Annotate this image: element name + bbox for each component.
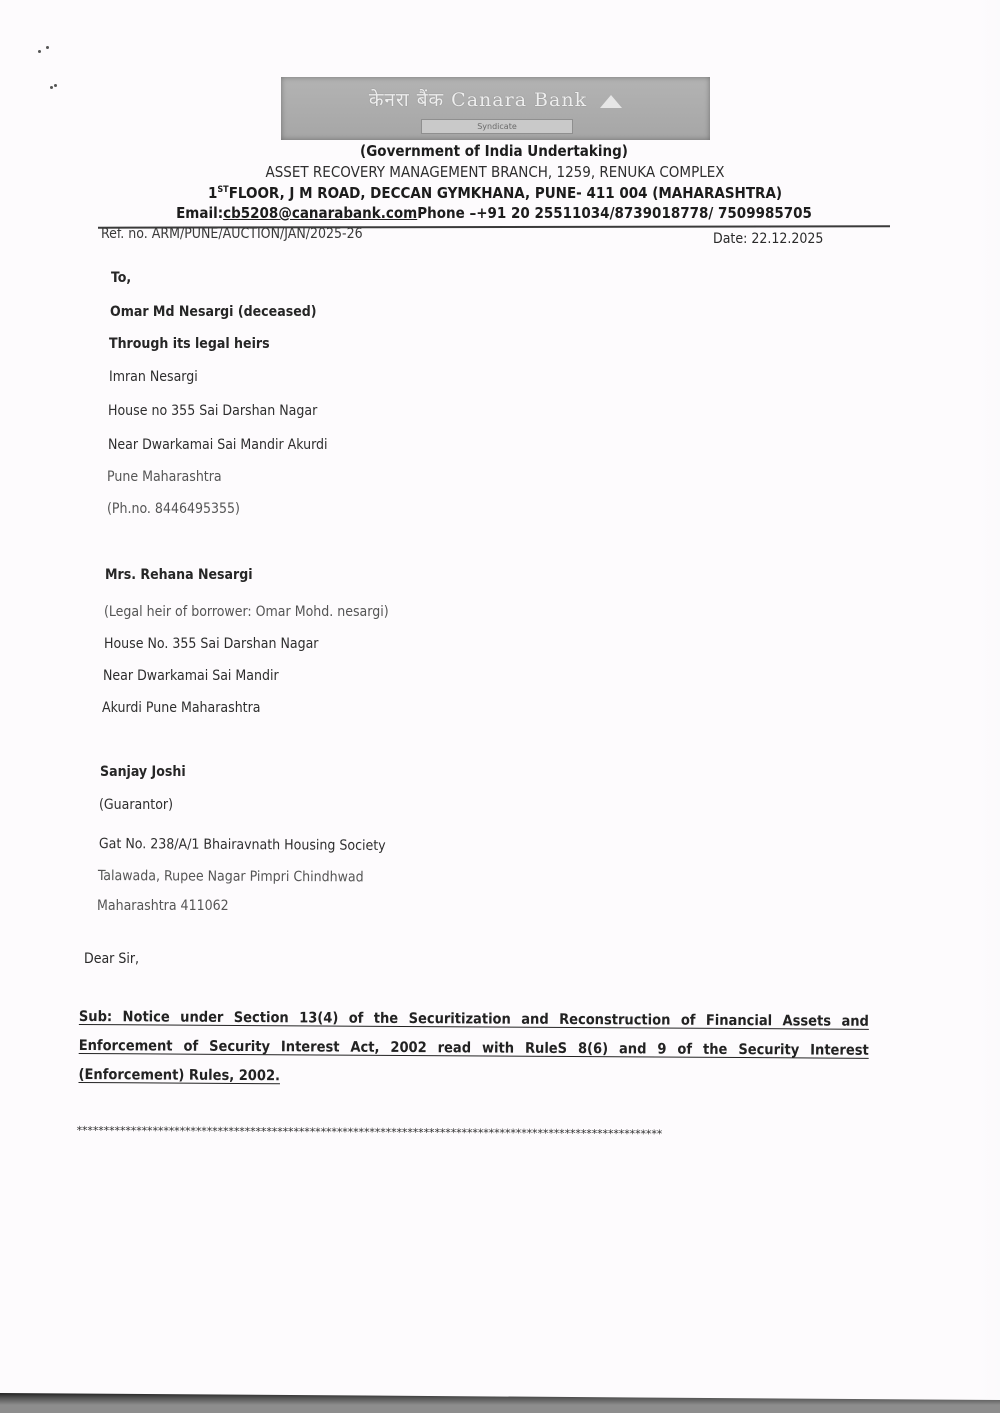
recipient-2-address-line-3: Akurdi Pune Maharashtra: [102, 700, 261, 716]
separator-stars: ****************************************…: [76, 1124, 866, 1142]
scan-bottom-edge: [0, 1393, 1000, 1413]
recipient-2-address-line-2: Near Dwarkamai Sai Mandir: [103, 668, 279, 684]
phone-label: Phone –: [417, 204, 476, 222]
speck: [54, 84, 57, 87]
contact-text: Email: cb5208@canarabank.com Phone – +91…: [176, 204, 812, 222]
bank-logo-banner: केनरा बैंक Canara Bank Syndicate: [281, 77, 710, 140]
recipient-3-address-line-1: Gat No. 238/A/1 Bhairavnath Housing Soci…: [99, 836, 386, 854]
recipient-3-address-line-2: Talawada, Rupee Nagar Pimpri Chindhwad: [98, 868, 364, 885]
scanned-letter-page: केनरा बैंक Canara Bank Syndicate (Govern…: [0, 0, 1000, 1413]
recipient-1-address-line-1: House no 355 Sai Darshan Nagar: [108, 403, 317, 419]
email-link[interactable]: cb5208@canarabank.com: [223, 204, 417, 222]
bank-name: केनरा बैंक Canara Bank: [369, 89, 587, 111]
floor-suffix: ST: [217, 185, 228, 195]
phone-numbers: +91 20 25511034/8739018778/ 7509985705: [476, 204, 812, 222]
recipient-1-through: Through its legal heirs: [109, 336, 270, 352]
recipient-3-role: (Guarantor): [99, 797, 173, 813]
letter-date: Date: 22.12.2025: [713, 231, 823, 247]
address-rest: FLOOR, J M ROAD, DECCAN GYMKHANA, PUNE- …: [229, 184, 782, 202]
salutation: Dear Sir,: [84, 951, 139, 967]
scan-edge: [978, 0, 1000, 1413]
recipient-1-address-line-3: Pune Maharashtra: [107, 469, 222, 485]
recipient-2-role: (Legal heir of borrower: Omar Mohd. nesa…: [104, 604, 389, 620]
recipient-1-heir: Imran Nesargi: [109, 369, 198, 385]
recipient-1-address-line-2: Near Dwarkamai Sai Mandir Akurdi: [108, 437, 328, 453]
scan-specks: [32, 40, 72, 100]
speck: [50, 86, 53, 89]
to-label: To,: [111, 270, 131, 286]
syndicate-sub-logo: Syndicate: [421, 119, 573, 134]
speck: [38, 50, 41, 53]
subject-line: Sub: Notice under Section 13(4) of the S…: [78, 1003, 869, 1095]
branch-text: ASSET RECOVERY MANAGEMENT BRANCH, 1259, …: [266, 163, 725, 181]
gov-undertaking-text: (Government of India Undertaking): [360, 142, 628, 160]
bank-logo-text: केनरा बैंक Canara Bank: [281, 86, 710, 112]
branch-address-text: 1ST FLOOR, J M ROAD, DECCAN GYMKHANA, PU…: [208, 184, 782, 202]
canara-logo-icon: [600, 95, 622, 108]
recipient-3-address-line-3: Maharashtra 411062: [97, 898, 229, 914]
recipient-3-name: Sanjay Joshi: [100, 764, 186, 780]
speck: [46, 46, 49, 49]
reference-number: Ref. no. ARM/PUNE/AUCTION/JAN/2025-26: [101, 226, 363, 242]
recipient-1-phone: (Ph.no. 8446495355): [107, 501, 240, 517]
recipient-2-name: Mrs. Rehana Nesargi: [105, 567, 253, 583]
recipient-1-name: Omar Md Nesargi (deceased): [110, 304, 317, 320]
floor-number: 1: [208, 184, 217, 202]
email-label: Email:: [176, 204, 223, 222]
recipient-2-address-line-1: House No. 355 Sai Darshan Nagar: [104, 636, 318, 652]
